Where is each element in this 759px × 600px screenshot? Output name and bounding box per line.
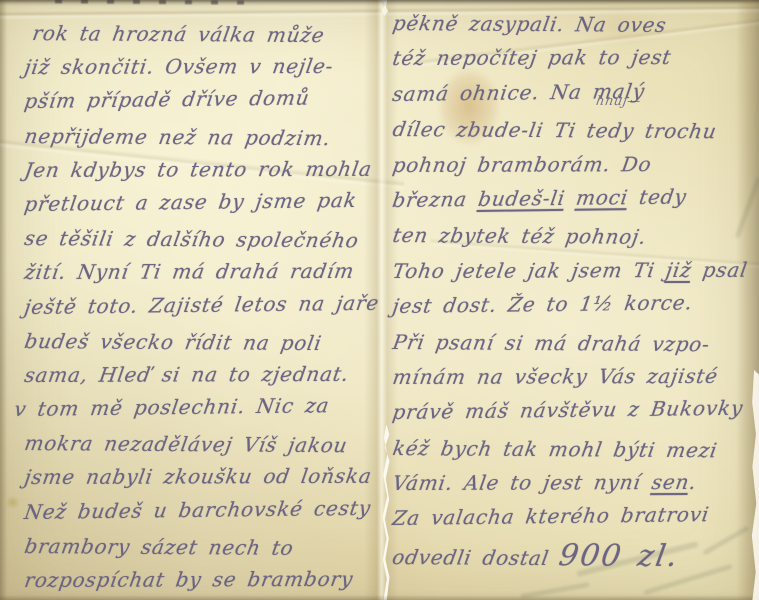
- letter-line-left-14: jsme nabyli zkoušku od loňska: [22, 459, 387, 494]
- photo-edge-top: [0, 0, 759, 6]
- letter-line-right-9: jest dost. Že to 1½ korce.: [390, 285, 758, 325]
- photo-edge-bottom: [0, 595, 759, 600]
- letter-line-right-4: dílec zbude-li Ti tedy trochu: [390, 112, 757, 150]
- line14-post: .: [688, 470, 699, 494]
- letter-line-left-17: rozpospíchat by se brambory: [22, 562, 387, 597]
- letter-line-right-5: pohnoj bramborám. Do: [390, 146, 758, 183]
- line8-pre: Toho jetele jak jsem Ti: [391, 258, 657, 283]
- letter-line-left-2: již skončiti. Ovšem v nejle-: [22, 49, 387, 84]
- handwritten-letter-photo: rok ta hrozná válka může již skončiti. O…: [0, 0, 759, 600]
- letter-line-left-7: se těšili z dalšího společného: [22, 221, 387, 258]
- letter-line-right-12: právě máš návštěvu z Bukovky: [390, 391, 758, 431]
- letter-line-left-13: mokra nezadělávej Víš jakou: [22, 426, 387, 463]
- letter-line-left-4: nepřijdeme než na podzim.: [22, 119, 387, 156]
- letter-line-right-1: pěkně zasypali. Na oves: [390, 6, 757, 44]
- letter-line-right-3: samá ohnice. Na malý: [390, 72, 758, 112]
- underlined-word: již: [664, 258, 693, 282]
- letter-line-left-16: brambory sázet nech to: [22, 529, 387, 566]
- letter-line-left-1: rok ta hrozná válka může: [22, 16, 387, 53]
- letter-line-left-6: přetlouct a zase by jsme pak: [22, 183, 388, 222]
- letter-line-left-15: Než budeš u barchovské cesty: [22, 490, 388, 529]
- letter-line-right-15: Za valacha kterého bratrovi: [390, 497, 758, 537]
- letter-line-left-11: sama, Hleď si na to zjednat.: [22, 357, 387, 392]
- letter-line-right-11: mínám na všecky Vás zajisté: [390, 359, 758, 396]
- letter-line-right-7: ten zbytek též pohnoj.: [390, 218, 757, 256]
- letter-line-left-10: budeš všecko řídit na poli: [22, 324, 387, 361]
- photo-edge-left: [0, 0, 7, 600]
- letter-line-right-6: března budeš-li moci tedy: [390, 179, 758, 219]
- amount-900zl: 900 zl.: [556, 538, 681, 574]
- letter-line-right-8: Toho jetele jak jsem Ti již psal: [390, 252, 758, 289]
- small-stain: [5, 496, 20, 509]
- letter-line-right-14: Vámi. Ale to jest nyní sen.: [390, 465, 758, 502]
- underlined-word: moci: [575, 185, 630, 210]
- letter-line-right-2: též nepočítej pak to jest: [390, 40, 758, 77]
- interlinear-insertion-hnuj: hnůj—: [595, 94, 642, 109]
- letter-line-left-5: Jen kdybys to tento rok mohla: [22, 151, 387, 186]
- letter-line-left-3: pším případě dříve domů: [22, 80, 388, 119]
- line6-post: tedy: [638, 184, 689, 209]
- letter-page-left: rok ta hrozná válka může již skončiti. O…: [22, 16, 382, 597]
- letter-line-right-13: kéž bych tak mohl býti mezi: [390, 431, 757, 469]
- underlined-word: budeš-li: [477, 186, 567, 211]
- line16-pre: odvedli dostal: [391, 545, 551, 570]
- letter-line-left-12: v tom mě poslechni. Nic za: [12, 388, 388, 427]
- line14-pre: Vámi. Ale to jest nyní: [391, 470, 643, 495]
- letter-line-left-8: žití. Nyní Ti má drahá radím: [22, 254, 387, 289]
- letter-line-right-16: odvedli dostal900 zl.: [390, 537, 757, 575]
- letter-page-right: pěkně zasypali. Na oves též nepočítej pa…: [390, 6, 752, 572]
- letter-line-left-9: ještě toto. Zajisté letos na jaře: [22, 285, 388, 324]
- underlined-word: sen: [650, 470, 691, 494]
- letter-line-right-10: Při psaní si má drahá vzpo-: [390, 325, 757, 363]
- line6-pre: března: [391, 187, 469, 212]
